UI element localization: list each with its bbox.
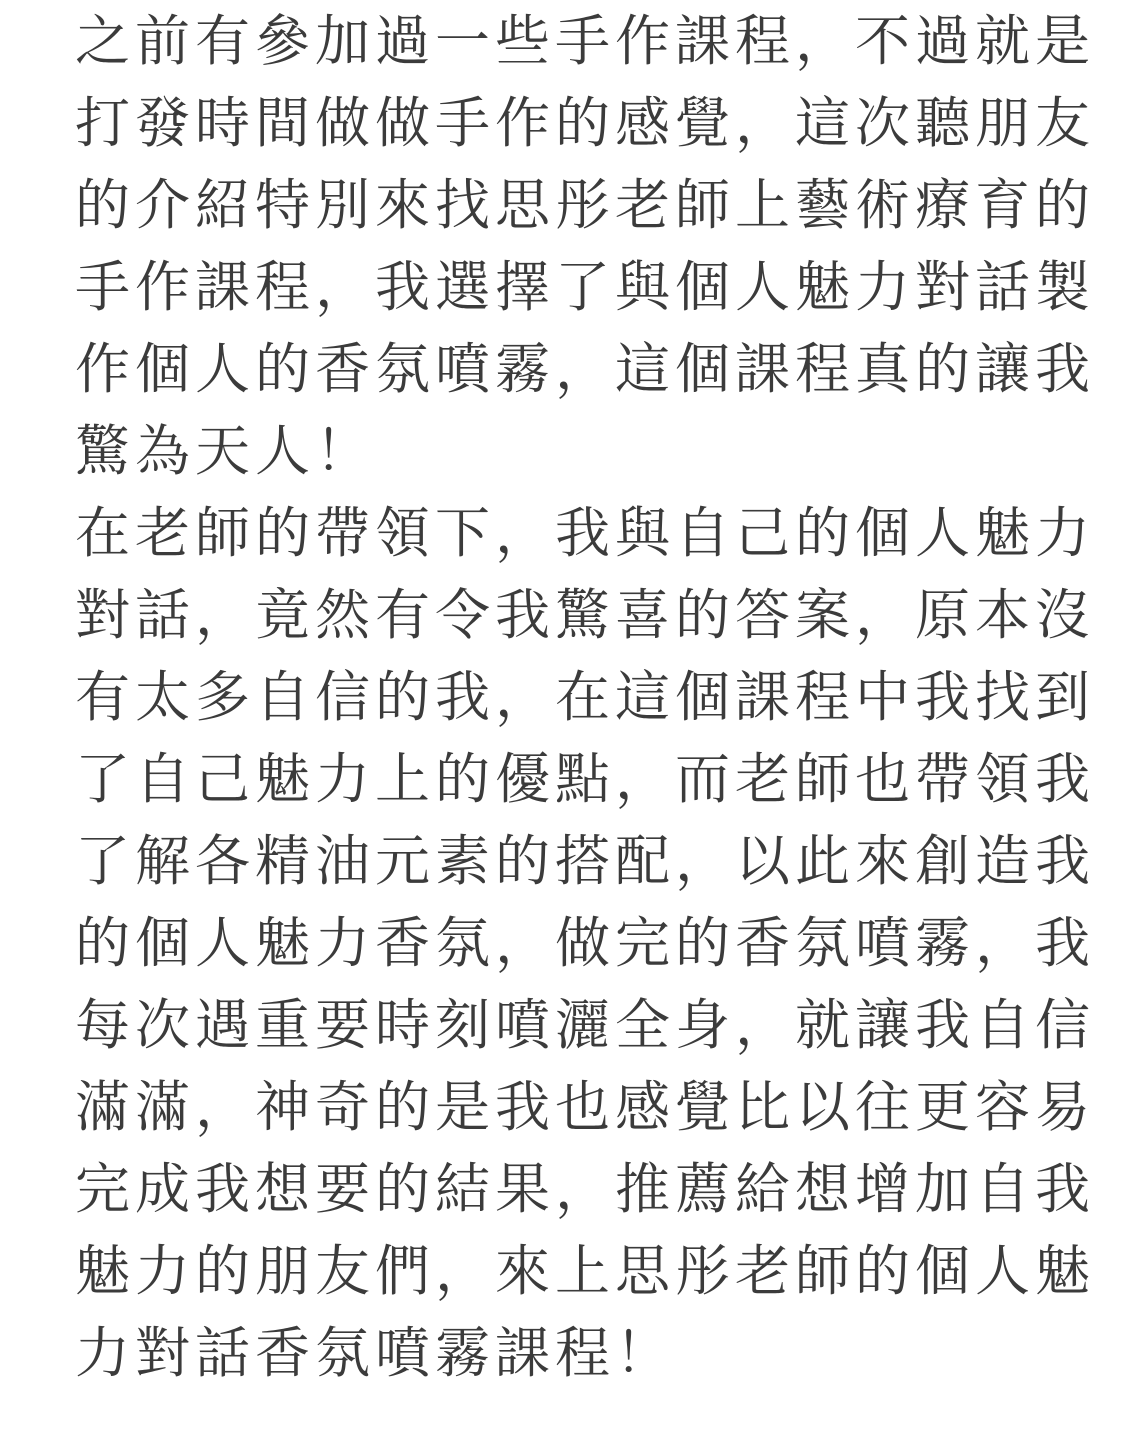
text-line: 手作課程，我選擇了與個人魅力對話製 — [75, 246, 1055, 328]
text-line: 驚為天人！ — [75, 410, 1055, 492]
text-line: 在老師的帶領下，我與自己的個人魅力 — [75, 492, 1055, 574]
text-line: 力對話香氛噴霧課程！ — [75, 1312, 1055, 1394]
text-line: 的個人魅力香氛，做完的香氛噴霧，我 — [75, 902, 1055, 984]
text-line: 了解各精油元素的搭配，以此來創造我 — [75, 820, 1055, 902]
testimonial-text: 之前有參加過一些手作課程，不過就是 打發時間做做手作的感覺，這次聽朋友 的介紹特… — [75, 0, 1055, 1394]
text-line: 打發時間做做手作的感覺，這次聽朋友 — [75, 82, 1055, 164]
paragraph-1: 之前有參加過一些手作課程，不過就是 打發時間做做手作的感覺，這次聽朋友 的介紹特… — [75, 0, 1055, 492]
text-line: 有太多自信的我，在這個課程中我找到 — [75, 656, 1055, 738]
paragraph-2: 在老師的帶領下，我與自己的個人魅力 對話，竟然有令我驚喜的答案，原本沒 有太多自… — [75, 492, 1055, 1394]
text-line: 每次遇重要時刻噴灑全身，就讓我自信 — [75, 984, 1055, 1066]
text-line: 魅力的朋友們，來上思彤老師的個人魅 — [75, 1230, 1055, 1312]
text-line: 之前有參加過一些手作課程，不過就是 — [75, 0, 1055, 82]
text-line: 對話，竟然有令我驚喜的答案，原本沒 — [75, 574, 1055, 656]
text-line: 作個人的香氛噴霧，這個課程真的讓我 — [75, 328, 1055, 410]
text-line: 完成我想要的結果，推薦給想增加自我 — [75, 1148, 1055, 1230]
text-line: 了自己魅力上的優點，而老師也帶領我 — [75, 738, 1055, 820]
text-line: 的介紹特別來找思彤老師上藝術療育的 — [75, 164, 1055, 246]
text-line: 滿滿，神奇的是我也感覺比以往更容易 — [75, 1066, 1055, 1148]
